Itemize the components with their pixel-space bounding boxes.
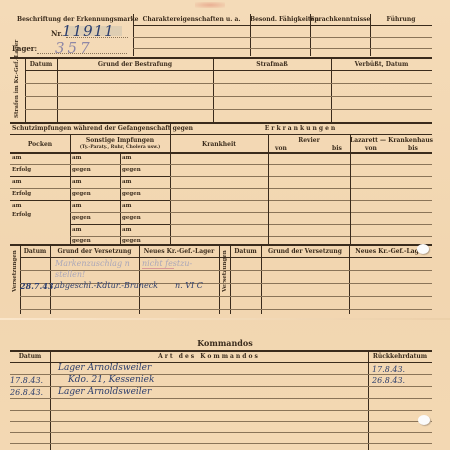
- kommando-entry-3-datum: 26.8.43.: [10, 388, 43, 397]
- col-grund-bestrafung: Grund der Bestrafung: [57, 61, 213, 68]
- transfer-entry-3-lager: n. VI C: [175, 281, 203, 290]
- rule: [170, 224, 432, 225]
- lager-value: 357: [55, 39, 93, 57]
- rule: [10, 398, 432, 399]
- kommandos-title: Kommandos: [0, 338, 450, 348]
- rule: [10, 188, 432, 189]
- rule: [25, 70, 432, 71]
- rule: [10, 122, 432, 124]
- divider: [120, 153, 121, 244]
- divider: [349, 245, 350, 314]
- divider: [139, 245, 140, 314]
- rule: [133, 48, 432, 49]
- vacc-cell: gegen: [122, 167, 141, 173]
- vacc-cell: am: [122, 227, 131, 233]
- kommando-entry-1-art: Lager Arnoldsweiler: [58, 363, 151, 373]
- transfers-side-label-left: Versetzungen: [12, 250, 18, 292]
- rule: [10, 164, 432, 165]
- lazarett-bis: bis: [408, 145, 418, 152]
- transfer-entry-3-datum: 28.7.43.: [20, 281, 56, 291]
- rule: [70, 212, 432, 213]
- rule: [25, 83, 432, 84]
- kommando-col-rueckkehr: Rückkehrdatum: [368, 353, 432, 360]
- rule: [10, 200, 170, 201]
- punishments-side-label: Strafen im Kr.-Gef.-Lager: [14, 40, 20, 118]
- vacc-cell: am: [12, 179, 21, 185]
- vacc-cell: Erfolg: [12, 191, 31, 197]
- rule: [170, 134, 432, 135]
- kommando-entry-1-rueckkehr: 17.8.43.: [372, 365, 405, 374]
- vacc-cell: gegen: [72, 167, 91, 173]
- divider: [50, 245, 51, 314]
- divider: [261, 245, 262, 314]
- transfer-entry-1-grund: Markenzuschlag n: [55, 259, 130, 268]
- illnesses-title: Erkrankungen: [170, 125, 432, 132]
- rule: [20, 257, 432, 258]
- revier-bis: bis: [332, 145, 342, 152]
- rule: [170, 200, 432, 201]
- vacc-cell: am: [72, 179, 81, 185]
- divider: [70, 134, 71, 244]
- rule: [10, 244, 432, 246]
- transfer2-col-datum: Datum: [230, 248, 261, 255]
- rule: [10, 176, 170, 177]
- col-strafmass: Strafmaß: [213, 61, 331, 68]
- rule: [10, 152, 432, 154]
- rule: [170, 176, 432, 177]
- rule: [10, 443, 432, 444]
- vacc-cell: gegen: [122, 191, 141, 197]
- header-languages: Sprachkenntnisse: [310, 16, 370, 23]
- transfer-col-grund: Grund der Versetzung: [50, 248, 139, 255]
- transfer-col-datum: Datum: [20, 248, 50, 255]
- transfer-entry-3-grund: abgeschl.-Kdtur.-Bruneck: [55, 281, 158, 290]
- divider: [230, 245, 231, 314]
- krankheit-label: Krankheit: [170, 141, 268, 148]
- transfer-entry-1-lager: nicht festzu-: [142, 259, 192, 268]
- vacc-cell: gegen: [72, 215, 91, 221]
- kommando-entry-2-rueckkehr: 26.8.43.: [372, 376, 405, 385]
- vacc-cell: am: [122, 203, 131, 209]
- divider: [20, 245, 21, 314]
- rule: [10, 57, 432, 59]
- divider: [368, 351, 369, 450]
- vacc-cell: gegen: [72, 191, 91, 197]
- kommando-entry-2-datum: 17.8.43.: [10, 376, 43, 385]
- rule: [70, 236, 432, 237]
- pow-index-card: Beschriftung der Erkennungsmarke Nr. 119…: [0, 0, 450, 450]
- vacc-cell: am: [12, 203, 21, 209]
- divider: [50, 351, 51, 450]
- vacc-cell: am: [72, 203, 81, 209]
- rule: [10, 421, 432, 422]
- kommando-col-datum: Datum: [10, 353, 50, 360]
- stain: [195, 2, 225, 8]
- revier-von: von: [275, 145, 287, 152]
- header-character: Charaktereigenschaften u. a.: [133, 16, 250, 23]
- other-vacc-label: Sonstige Impfungen: [70, 137, 170, 144]
- col-verbuesst: Verbüßt, Datum: [331, 61, 432, 68]
- transfer-entry-2-grund: stellen!: [55, 270, 85, 279]
- vacc-cell: am: [122, 155, 131, 161]
- rule: [25, 109, 432, 110]
- punch-hole: [417, 244, 429, 254]
- fold-crease: [0, 318, 450, 320]
- red-underline: [142, 268, 174, 269]
- vacc-cell: am: [72, 155, 81, 161]
- col-datum: Datum: [25, 61, 57, 68]
- transfer2-col-grund: Grund der Versetzung: [261, 248, 349, 255]
- rule: [133, 25, 432, 26]
- rule: [20, 296, 432, 297]
- divider: [219, 245, 220, 314]
- other-vacc-sub: (Ty.-Paraty., Ruhr, Cholera usw.): [70, 145, 170, 150]
- vacc-cell: am: [72, 227, 81, 233]
- divider: [268, 134, 269, 244]
- kommando-col-art: Art des Kommandos: [50, 353, 368, 360]
- rule: [10, 134, 170, 135]
- vacc-cell: am: [122, 179, 131, 185]
- rule: [70, 224, 170, 225]
- divider: [350, 134, 351, 244]
- lazarett-von: von: [365, 145, 377, 152]
- vacc-cell: Erfolg: [12, 212, 31, 218]
- vacc-cell: gegen: [122, 215, 141, 221]
- pocken-label: Pocken: [10, 141, 70, 148]
- nr-underline: [66, 37, 128, 38]
- kommando-entry-3-art: Lager Arnoldsweiler: [58, 387, 151, 397]
- vaccinations-title: Schutzimpfungen während der Gefangenscha…: [12, 125, 193, 132]
- kommando-entry-2-art: Kdo. 21, Kesseniek: [68, 375, 154, 385]
- lager-underline: [37, 53, 127, 54]
- vacc-cell: Erfolg: [12, 167, 31, 173]
- punch-hole: [418, 415, 430, 425]
- transfer-col-lager: Neues Kr.-Gef.-Lager: [139, 248, 219, 255]
- rule: [10, 410, 432, 411]
- revier-label: Revier: [268, 137, 350, 144]
- lazarett-label: Lazarett — Krankenhaus: [350, 137, 432, 144]
- vacc-cell: am: [12, 155, 21, 161]
- rule: [133, 37, 432, 38]
- header-skills: Besond. Fähigkeiten: [250, 16, 310, 23]
- rule: [20, 309, 432, 310]
- header-conduct: Führung: [370, 16, 432, 23]
- rule: [25, 96, 432, 97]
- rule: [10, 432, 432, 433]
